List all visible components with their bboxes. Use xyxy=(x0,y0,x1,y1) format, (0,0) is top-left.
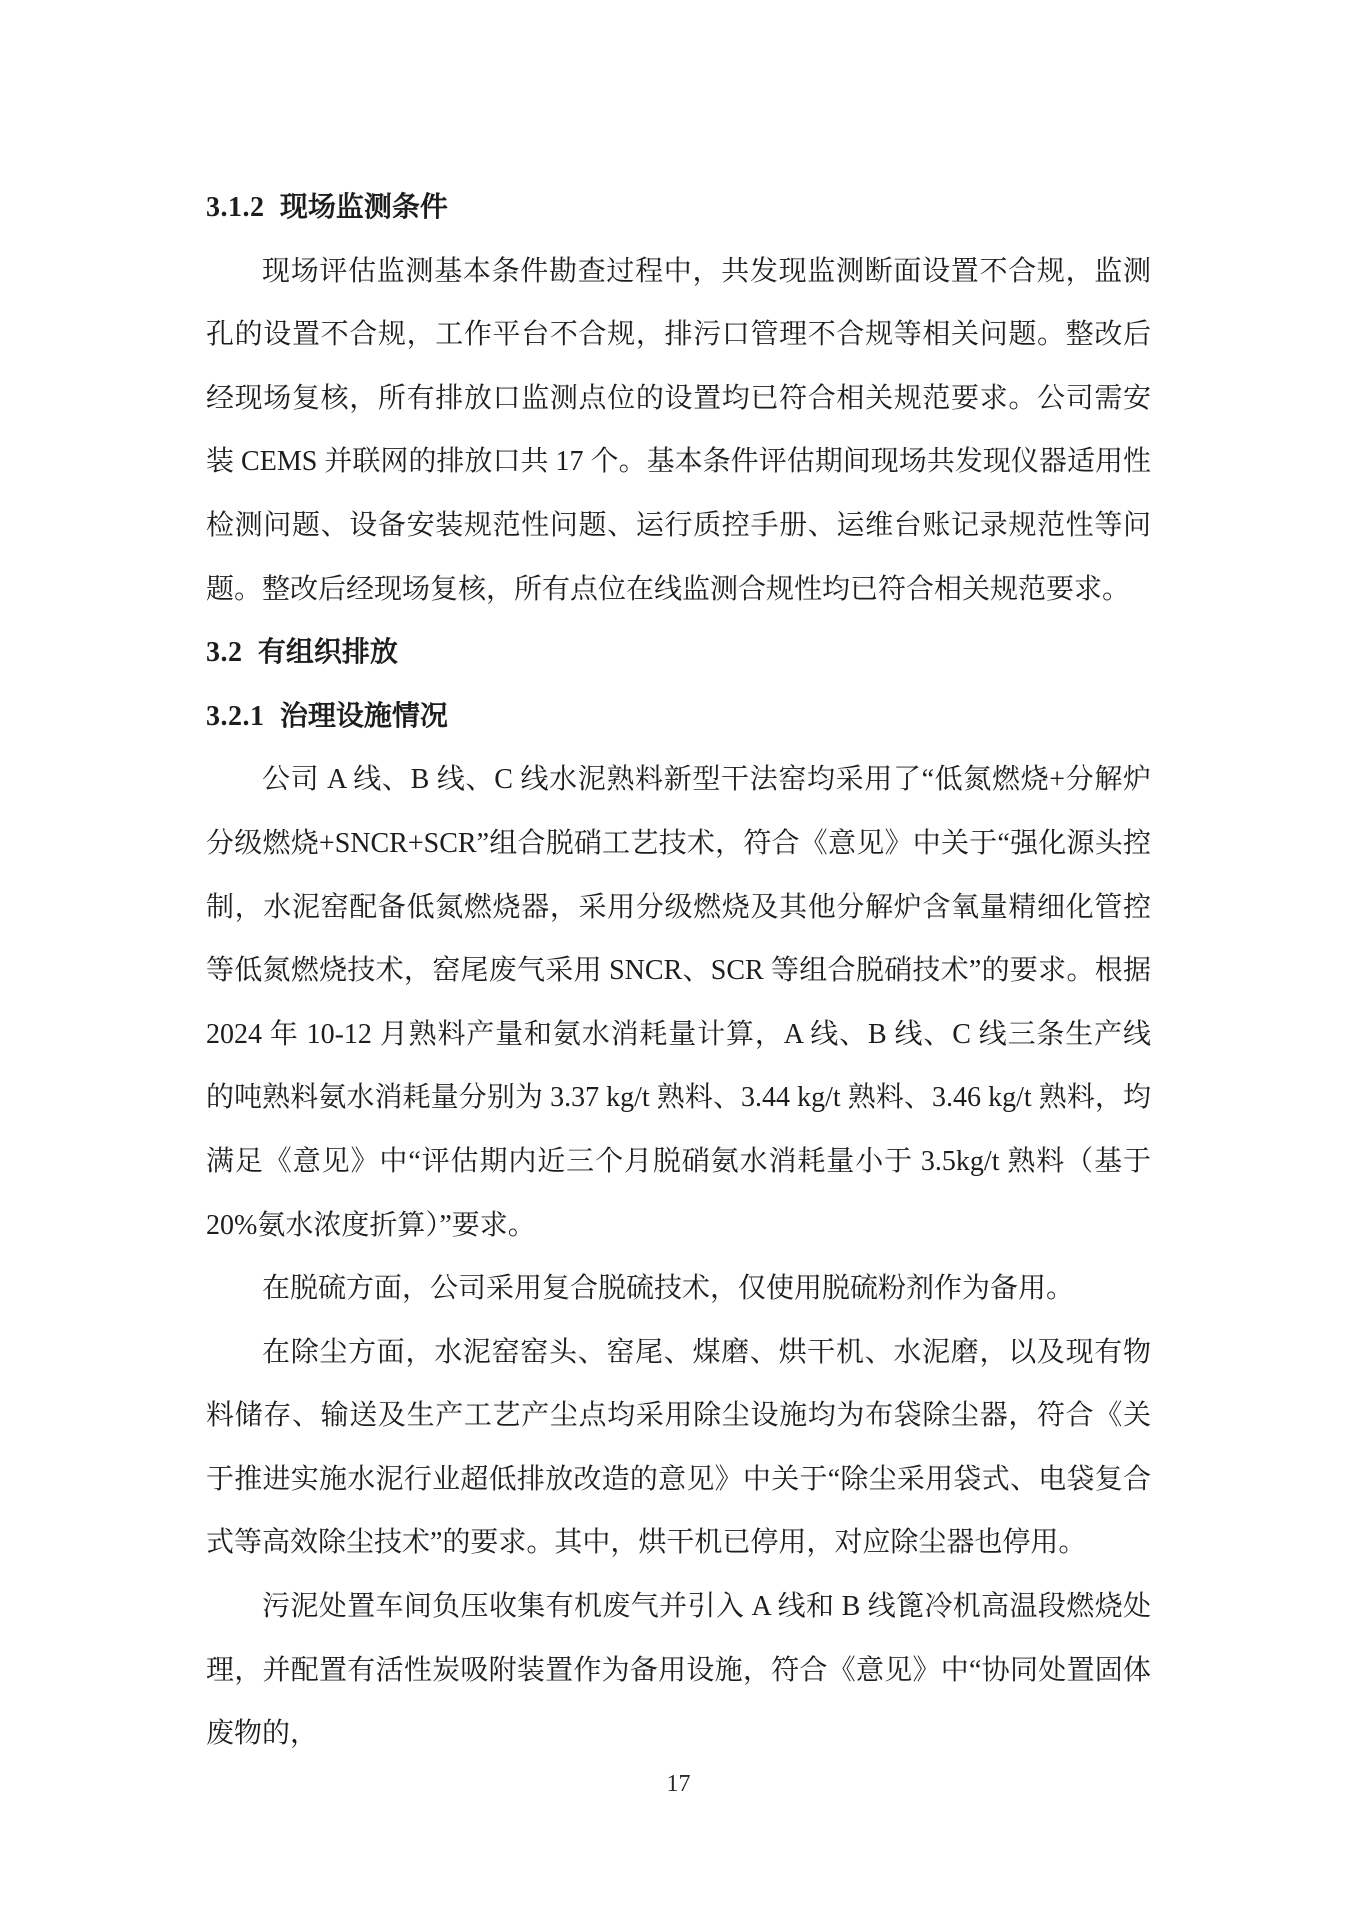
paragraph-sludge-disposal: 污泥处置车间负压收集有机废气并引入 A 线和 B 线篦冷机高温段燃烧处理，并配置… xyxy=(206,1575,1151,1766)
heading-number: 3.2 xyxy=(206,621,243,685)
heading-3-2-1-treatment-facilities: 3.2.1治理设施情况 xyxy=(206,685,1151,749)
heading-number: 3.2.1 xyxy=(206,685,265,749)
heading-title: 有组织排放 xyxy=(258,637,398,668)
document-page: 3.1.2现场监测条件 现场评估监测基本条件勘查过程中，共发现监测断面设置不合规… xyxy=(0,0,1357,1920)
paragraph-desulfurization: 在脱硫方面，公司采用复合脱硫技术，仅使用脱硫粉剂作为备用。 xyxy=(206,1257,1151,1321)
heading-title: 治理设施情况 xyxy=(280,701,448,732)
paragraph-denitrification-technology: 公司 A 线、B 线、C 线水泥熟料新型干法窑均采用了“低氮燃烧+分解炉分级燃烧… xyxy=(206,748,1151,1257)
page-content: 3.1.2现场监测条件 现场评估监测基本条件勘查过程中，共发现监测断面设置不合规… xyxy=(206,176,1151,1766)
heading-title: 现场监测条件 xyxy=(280,192,448,223)
heading-number: 3.1.2 xyxy=(206,176,265,240)
paragraph-dust-removal: 在除尘方面，水泥窑窑头、窑尾、煤磨、烘干机、水泥磨，以及现有物料储存、输送及生产… xyxy=(206,1321,1151,1575)
paragraph-site-monitoring-findings: 现场评估监测基本条件勘查过程中，共发现监测断面设置不合规，监测孔的设置不合规，工… xyxy=(206,240,1151,622)
page-number: 17 xyxy=(0,1766,1357,1802)
heading-3-2-organized-emissions: 3.2有组织排放 xyxy=(206,621,1151,685)
heading-3-1-2-site-monitoring-conditions: 3.1.2现场监测条件 xyxy=(206,176,1151,240)
